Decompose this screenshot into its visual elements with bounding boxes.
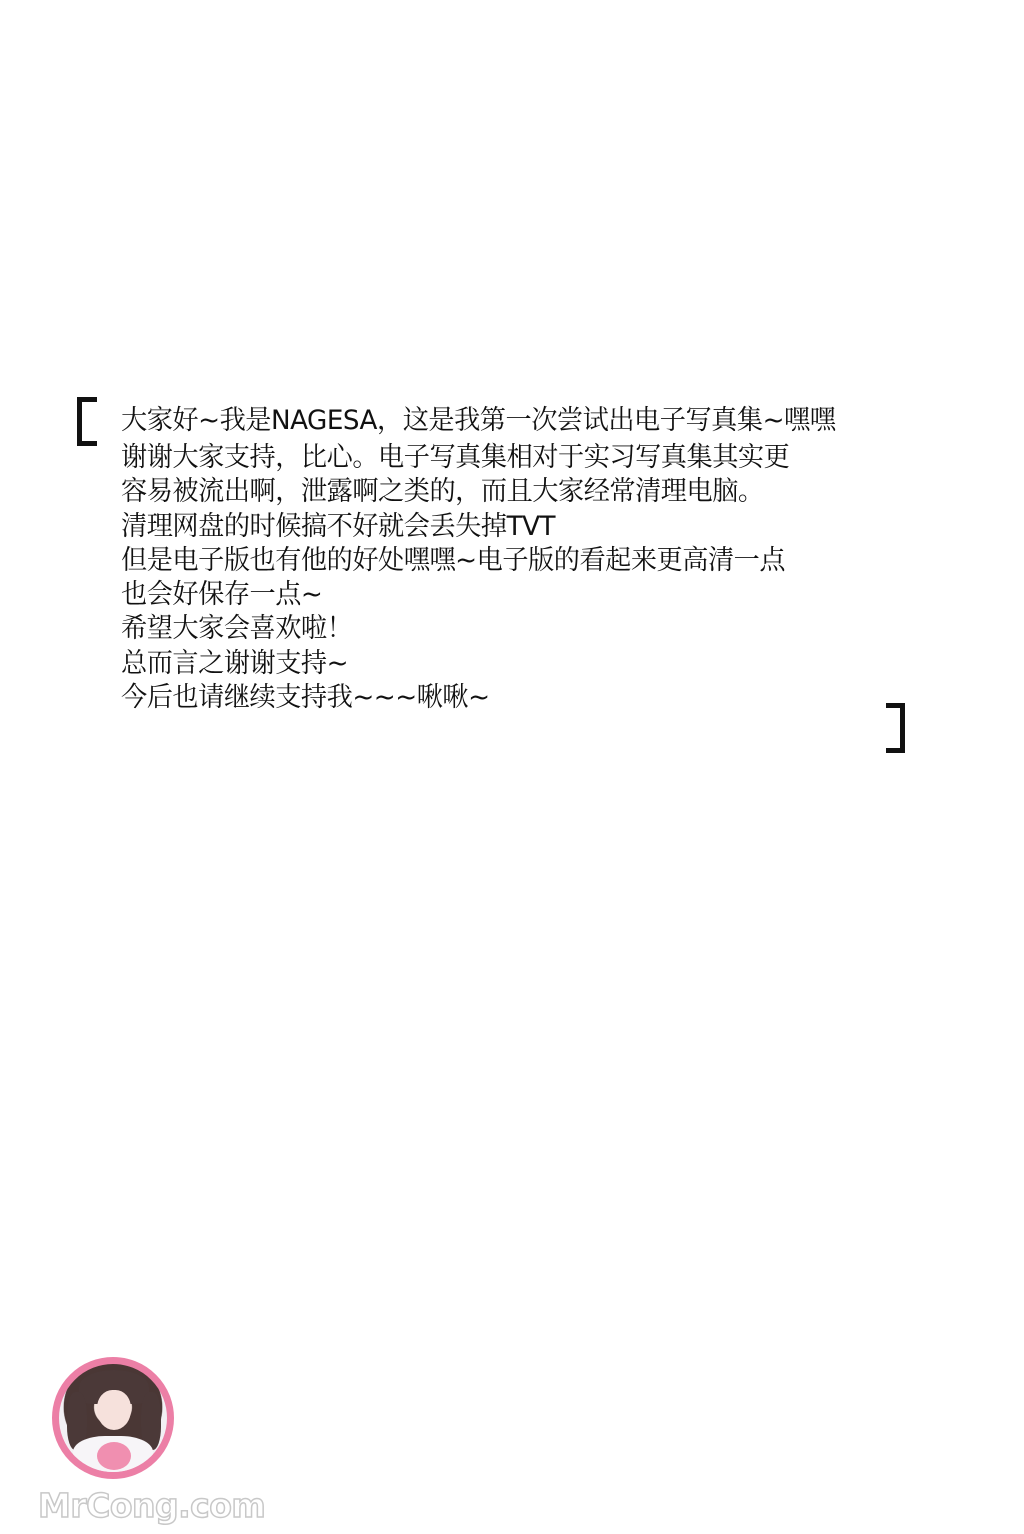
message-line-3: 容易被流出啊，泄露啊之类的，而且大家经常清理电脑。 — [121, 475, 926, 509]
message-line-4: 清理网盘的时候搞不好就会丢失掉TVT — [121, 510, 926, 544]
watermark-text: MrCong.com — [38, 1486, 265, 1525]
avatar-face — [97, 1390, 131, 1430]
message-line-2: 谢谢大家支持，比心。电子写真集相对于实习写真集其实更 — [121, 441, 926, 475]
close-bracket — [886, 703, 905, 753]
avatar-plush-toy — [97, 1442, 131, 1470]
message-line-6: 也会好保存一点~ — [121, 578, 926, 612]
message-line-5: 但是电子版也有他的好处嘿嘿~电子版的看起来更高清一点 — [121, 544, 926, 578]
open-bracket — [77, 397, 97, 446]
message-text-block: 大家好~我是NAGESA，这是我第一次尝试出电子写真集~嘿嘿 谢谢大家支持，比心… — [121, 401, 951, 715]
message-line-1: 大家好~我是NAGESA，这是我第一次尝试出电子写真集~嘿嘿 — [121, 401, 926, 441]
message-line-7: 希望大家会喜欢啦！ — [121, 612, 926, 646]
avatar-image — [52, 1357, 174, 1479]
message-line-9: 今后也请继续支持我~~~啾啾~ — [121, 681, 926, 715]
message-line-8: 总而言之谢谢支持~ — [121, 647, 926, 681]
